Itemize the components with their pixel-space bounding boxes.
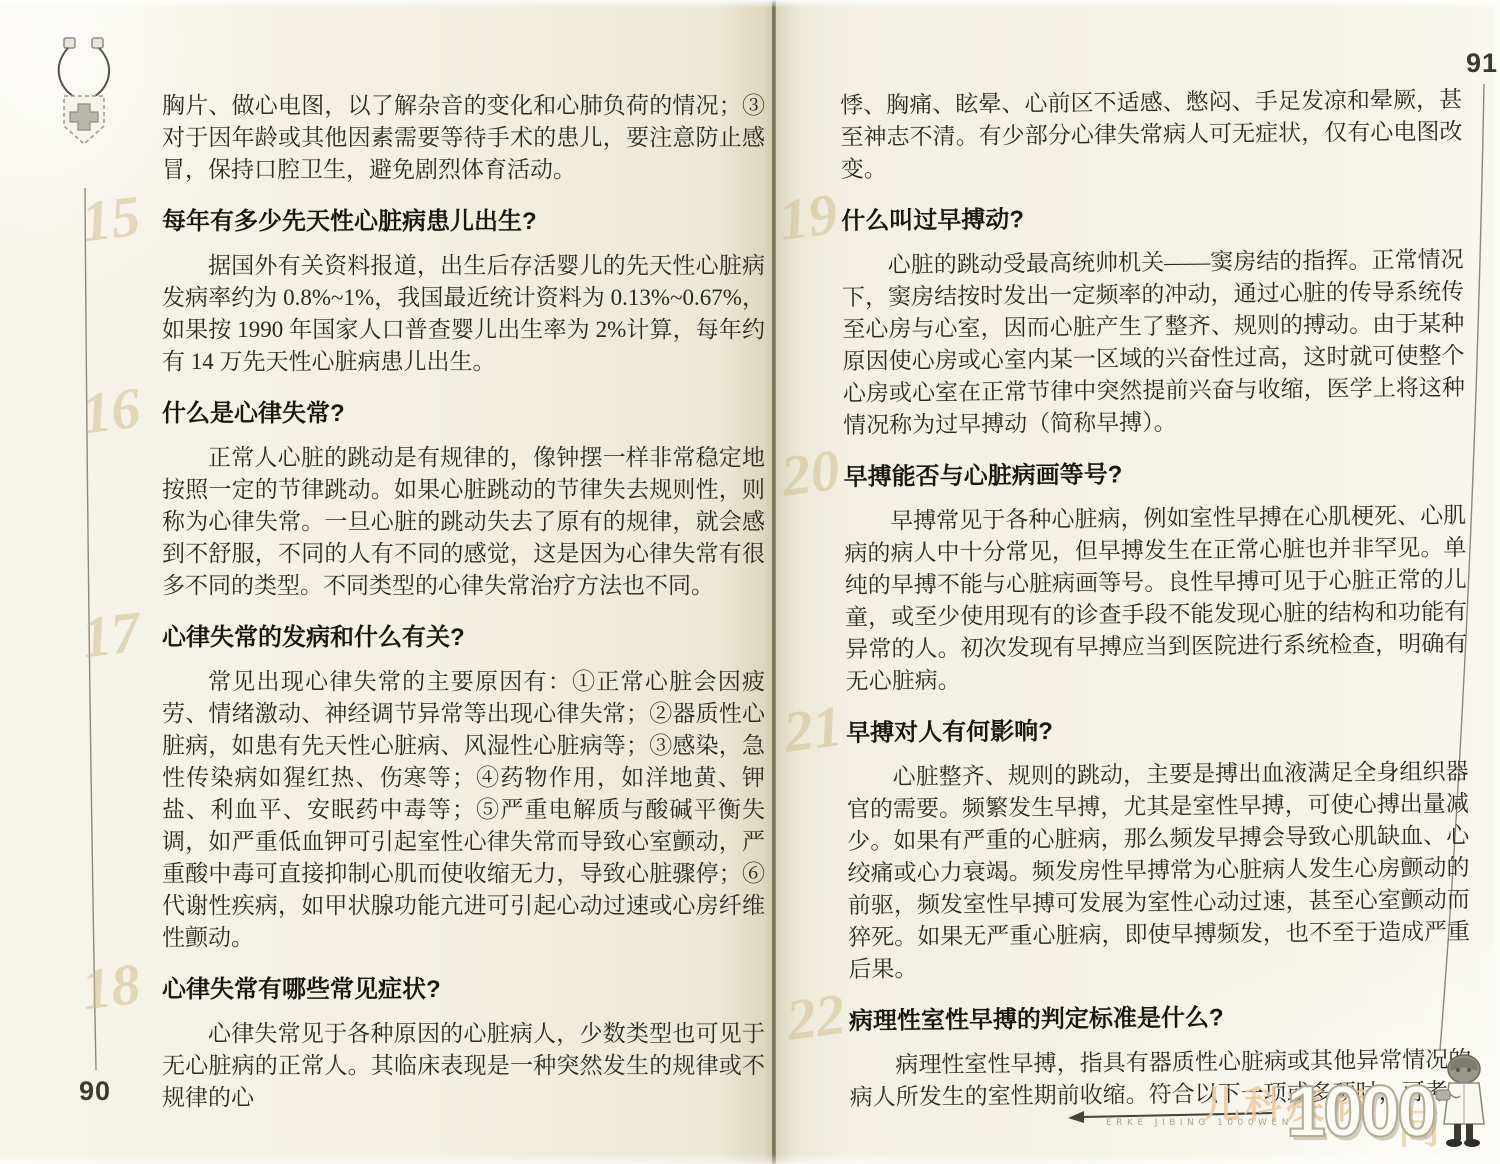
question-section-16: 16 什么是心律失常? 正常人心脏的跳动是有规律的，像钟摆一样非常稳定地按照一定…	[162, 400, 765, 602]
question-section-17: 17 心律失常的发病和什么有关? 常见出现心律失常的主要原因有：①正常心脏会因疲…	[162, 624, 765, 954]
section-heading: 早搏对人有何影响?	[846, 714, 1468, 748]
section-heading: 什么是心律失常?	[162, 400, 765, 428]
section-heading: 早搏能否与心脏病画等号?	[844, 458, 1466, 492]
section-body: 早搏常见于各种心脏病，例如室性早搏在心肌梗死、心肌病的病人中十分常见，但早搏发生…	[844, 500, 1468, 698]
series-big-number: 1000	[1286, 1076, 1434, 1148]
section-body: 心脏整齐、规则的跳动，主要是搏出血液满足全身组织器官的需要。频繁发生早搏，尤其是…	[846, 756, 1470, 986]
question-section-19: 19 什么叫过早搏动? 心脏的跳动受最高统帅机关——窦房结的指挥。正常情况下，窦…	[841, 202, 1465, 442]
section-body: 心脏的跳动受最高统帅机关——窦房结的指挥。正常情况下，窦房结按时发出一定频率的冲…	[842, 244, 1466, 442]
series-footer-brand: 儿科疾病 ERKE JIBING 1000WEN 问 1000	[1060, 1066, 1480, 1161]
left-page: 胸片、做心电图，以了解杂音的变化和心肺负荷的情况；③对于因年龄或其他因素需要等待…	[162, 90, 765, 1114]
paragraph-continuation: 胸片、做心电图，以了解杂音的变化和心肺负荷的情况；③对于因年龄或其他因素需要等待…	[162, 90, 765, 186]
section-heading: 心律失常的发病和什么有关?	[162, 624, 765, 652]
section-body: 常见出现心律失常的主要原因有：①正常心脏会因疲劳、情绪激动、神经调节异常等出现心…	[162, 666, 765, 954]
question-section-18: 18 心律失常有哪些常见症状? 心律失常见于各种原因的心脏病人，少数类型也可见于…	[162, 976, 765, 1114]
section-body: 据国外有关资料报道，出生后存活婴儿的先天性心脏病发病率约为 0.8%~1%，我国…	[162, 250, 765, 378]
section-heading: 心律失常有哪些常见症状?	[162, 976, 765, 1004]
paragraph-continuation: 悸、胸痛、眩晕、心前区不适感、憋闷、手足发凉和晕厥，甚至神志不清。有少部分心律失…	[840, 84, 1463, 186]
page-number-left: 90	[79, 1076, 111, 1107]
question-section-20: 20 早搏能否与心脏病画等号? 早搏常见于各种心脏病，例如室性早搏在心肌梗死、心…	[844, 458, 1468, 698]
doctor-cartoon-icon	[1432, 1052, 1494, 1152]
section-body: 正常人心脏的跳动是有规律的，像钟摆一样非常稳定地按照一定的节律跳动。如果心脏跳动…	[162, 442, 765, 602]
question-section-21: 21 早搏对人有何影响? 心脏整齐、规则的跳动，主要是搏出血液满足全身组织器官的…	[846, 714, 1471, 986]
scan-edge-top	[0, 0, 1500, 8]
section-heading: 病理性室性早搏的判定标准是什么?	[849, 1002, 1471, 1036]
stethoscope-icon	[48, 32, 124, 192]
scan-edge-right	[1495, 0, 1500, 1164]
book-spread-scan: 胸片、做心电图，以了解杂音的变化和心肺负荷的情况；③对于因年龄或其他因素需要等待…	[0, 0, 1500, 1164]
series-subtitle-latin: ERKE JIBING 1000WEN	[1106, 1118, 1293, 1128]
section-body: 心律失常见于各种原因的心脏病人，少数类型也可见于无心脏病的正常人。其临床表现是一…	[162, 1018, 765, 1114]
page-number-right: 91	[1466, 48, 1498, 79]
section-heading: 什么叫过早搏动?	[841, 202, 1463, 236]
section-heading: 每年有多少先天性心脏病患儿出生?	[162, 208, 765, 236]
book-spine-gutter	[772, 0, 776, 1164]
right-page: 悸、胸痛、眩晕、心前区不适感、憋闷、手足发凉和晕厥，甚至神志不清。有少部分心律失…	[840, 84, 1472, 1114]
question-section-15: 15 每年有多少先天性心脏病患儿出生? 据国外有关资料报道，出生后存活婴儿的先天…	[162, 208, 765, 378]
